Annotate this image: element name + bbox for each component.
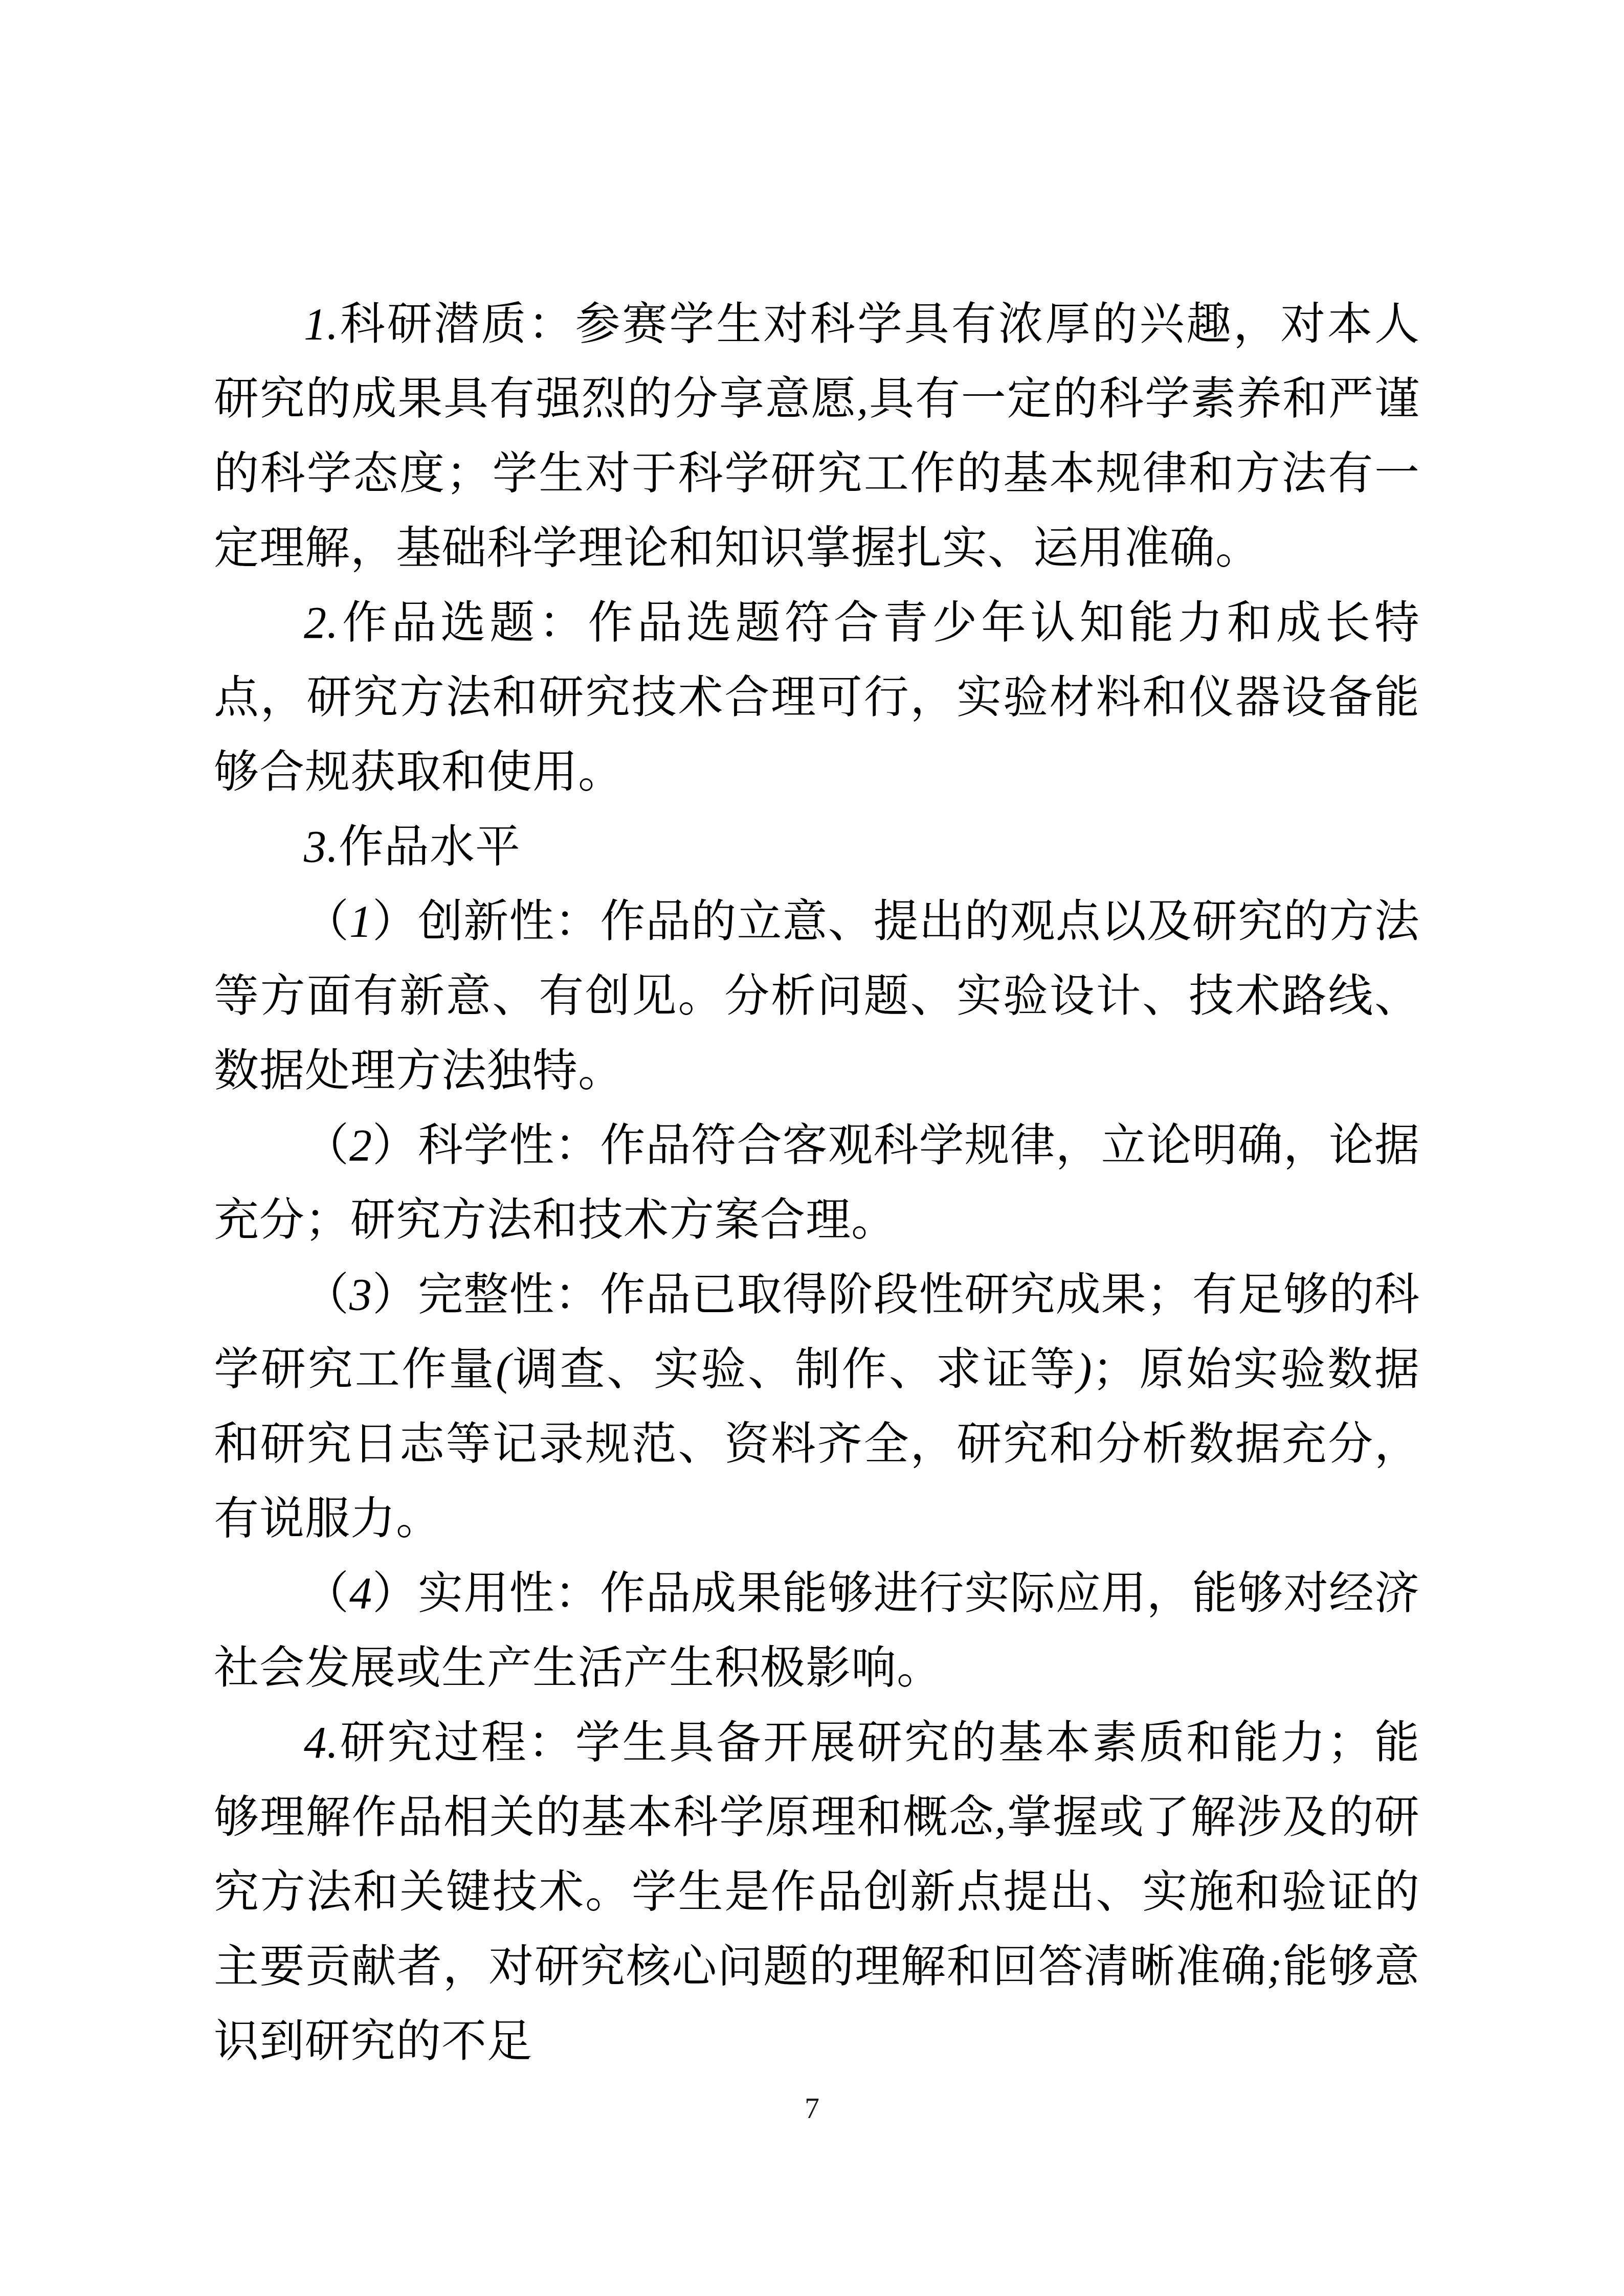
paragraph-research-potential: 1.科研潜质：参赛学生对科学具有浓厚的兴趣，对本人研究的成果具有强烈的分享意愿,… [214, 287, 1420, 586]
paragraph-completeness: （3）完整性：作品已取得阶段性研究成果；有足够的科学研究工作量(调查、实验、制作… [214, 1258, 1420, 1557]
paragraph-work-level-heading: 3.作品水平 [214, 810, 1420, 885]
document-page: 1.科研潜质：参赛学生对科学具有浓厚的兴趣，对本人研究的成果具有强烈的分享意愿,… [0, 0, 1624, 2296]
page-footer: 7 [0, 2090, 1624, 2126]
paragraph-research-process: 4.研究过程：学生具备开展研究的基本素质和能力；能够理解作品相关的基本科学原理和… [214, 1706, 1420, 2079]
paragraph-innovation: （1）创新性：作品的立意、提出的观点以及研究的方法等方面有新意、有创见。分析问题… [214, 885, 1420, 1109]
page-number: 7 [805, 2091, 819, 2125]
paragraph-practicality: （4）实用性：作品成果能够进行实际应用，能够对经济社会发展或生产生活产生积极影响… [214, 1557, 1420, 1706]
paragraph-topic-selection: 2.作品选题：作品选题符合青少年认知能力和成长特点，研究方法和研究技术合理可行，… [214, 586, 1420, 810]
paragraph-scientific-validity: （2）科学性：作品符合客观科学规律，立论明确，论据充分；研究方法和技术方案合理。 [214, 1109, 1420, 1258]
document-body-text: 1.科研潜质：参赛学生对科学具有浓厚的兴趣，对本人研究的成果具有强烈的分享意愿,… [214, 287, 1420, 2079]
